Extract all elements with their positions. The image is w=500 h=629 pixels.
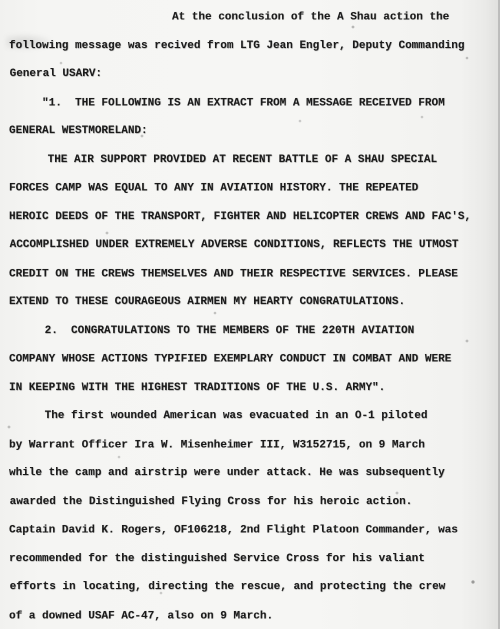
scan-noise [0, 0, 2, 2]
text-column: At the conclusion of the A Shau action t… [9, 3, 500, 629]
text-line: following message was recived from LTG J… [9, 32, 500, 61]
text-line: ACCOMPLISHED UNDER EXTREMELY ADVERSE CON… [10, 231, 500, 260]
text-line: The first wounded American was evacuated… [10, 402, 500, 431]
text-line: recommended for the distinguished Servic… [9, 545, 500, 574]
text-line: 2. CONGRATULATIONS TO THE MEMBERS OF THE… [10, 317, 500, 346]
text-line: of a downed USAF AC-47, also on 9 March. [9, 602, 500, 629]
text-line: At the conclusion of the A Shau action t… [9, 3, 500, 32]
text-line: IN KEEPING WITH THE HIGHEST TRADITIONS O… [9, 374, 500, 403]
text-line: FORCES CAMP WAS EQUAL TO ANY IN AVIATION… [9, 174, 500, 203]
text-line: efforts in locating, directing the rescu… [10, 573, 500, 602]
text-line: General USARV: [10, 60, 500, 89]
text-line: while the camp and airstrip were under a… [9, 459, 500, 488]
document-page: At the conclusion of the A Shau action t… [0, 0, 500, 629]
text-line: by Warrant Officer Ira W. Misenheimer II… [9, 431, 500, 460]
text-line: THE AIR SUPPORT PROVIDED AT RECENT BATTL… [10, 146, 500, 175]
text-line: awarded the Distinguished Flying Cross f… [10, 488, 500, 517]
text-line: EXTEND TO THESE COURAGEOUS AIRMEN MY HEA… [9, 288, 500, 317]
text-line: CREDIT ON THE CREWS THEMSELVES AND THEIR… [9, 260, 500, 289]
text-line: COMPANY WHOSE ACTIONS TYPIFIED EXEMPLARY… [9, 345, 500, 374]
text-line: "1. THE FOLLOWING IS AN EXTRACT FROM A M… [9, 89, 500, 118]
text-line: GENERAL WESTMORELAND: [9, 117, 500, 146]
text-line: Captain David K. Rogers, OF106218, 2nd F… [9, 516, 500, 545]
text-line: HEROIC DEEDS OF THE TRANSPORT, FIGHTER A… [9, 203, 500, 232]
